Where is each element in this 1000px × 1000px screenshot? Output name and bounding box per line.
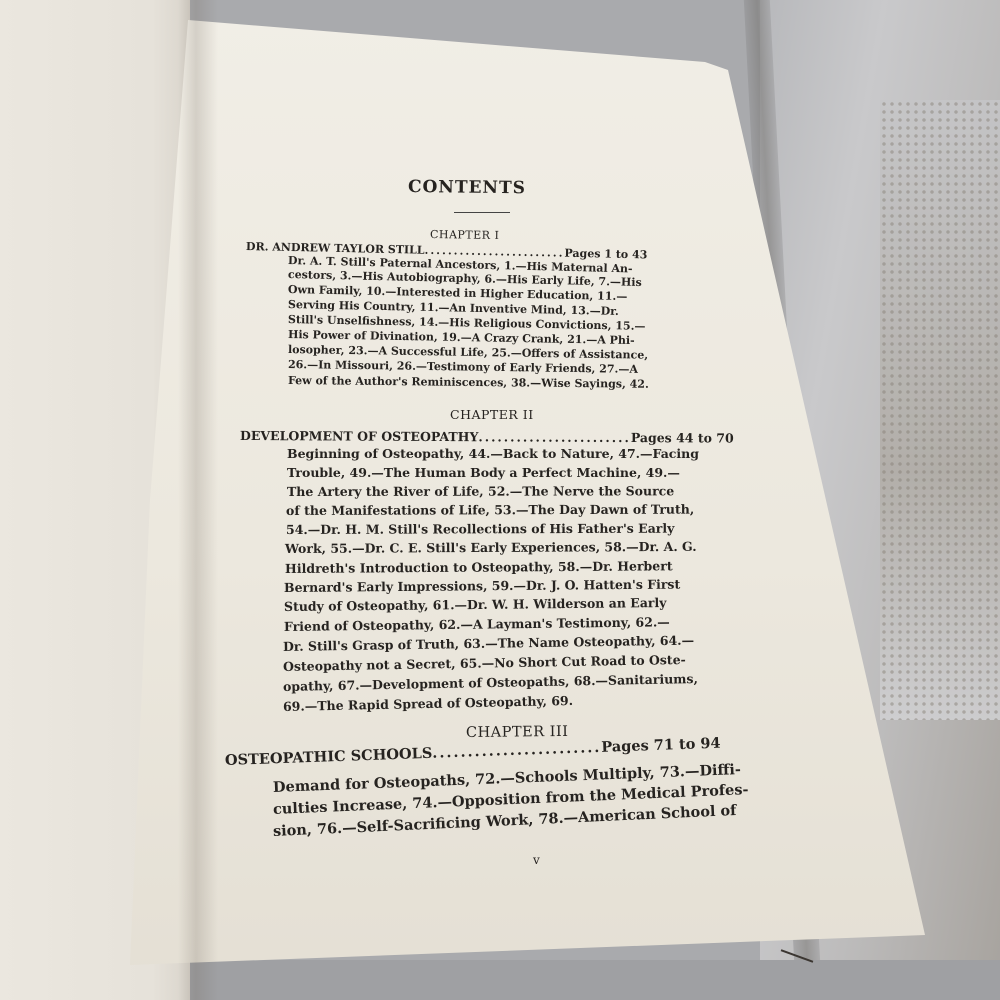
entry-line: 54.—Dr. H. M. Still's Recollections of H… [286, 521, 674, 537]
page-range: Pages 71 to 94 [601, 735, 721, 756]
page-range: Pages 44 to 70 [631, 430, 734, 446]
leader-dots: ........................ [432, 739, 602, 762]
entry-line: Beginning of Osteopathy, 44.—Back to Nat… [287, 446, 699, 461]
entry-line: Study of Osteopathy, 61.—Dr. W. H. Wilde… [284, 595, 667, 614]
chapter-label: CHAPTER III [466, 724, 569, 741]
entry-line: Osteopathy not a Secret, 65.—No Short Cu… [283, 652, 686, 674]
chapter-label: CHAPTER II [450, 407, 534, 422]
page-range: Pages 1 to 43 [564, 247, 647, 262]
chapter-heading-text: DEVELOPMENT OF OSTEOPATHY [240, 428, 478, 444]
chapter-heading-text: OSTEOPATHIC SCHOOLS [225, 745, 433, 769]
page-number: v [533, 853, 540, 867]
entry-line: Hildreth's Introduction to Osteopathy, 5… [285, 558, 673, 576]
entry-line: 69.—The Rapid Spread of Osteopathy, 69. [283, 693, 573, 714]
entry-line: Few of the Author's Reminiscences, 38.—W… [288, 374, 649, 391]
entry-line: Trouble, 49.—The Human Body a Perfect Ma… [287, 465, 680, 480]
leader-dots: ........................ [478, 429, 631, 445]
title-rule [454, 212, 510, 213]
entry-line: Bernard's Early Impressions, 59.—Dr. J. … [284, 577, 680, 595]
entry-line: of the Manifestations of Life, 53.—The D… [286, 502, 694, 518]
entry-line: Work, 55.—Dr. C. E. Still's Early Experi… [285, 539, 697, 556]
entry-line: Dr. Still's Grasp of Truth, 63.—The Name… [283, 633, 694, 654]
entry-line: opathy, 67.—Development of Osteopaths, 6… [283, 671, 698, 694]
chapter-label: CHAPTER I [430, 228, 500, 242]
page-title: CONTENTS [408, 177, 526, 198]
contents-page: CONTENTS CHAPTER I DR. ANDREW TAYLOR STI… [0, 0, 1000, 1000]
entry-line: Friend of Osteopathy, 62.—A Layman's Tes… [284, 614, 670, 634]
chapter-heading[interactable]: DEVELOPMENT OF OSTEOPATHY...............… [240, 428, 734, 446]
entry-line: The Artery the River of Life, 52.—The Ne… [287, 483, 674, 499]
